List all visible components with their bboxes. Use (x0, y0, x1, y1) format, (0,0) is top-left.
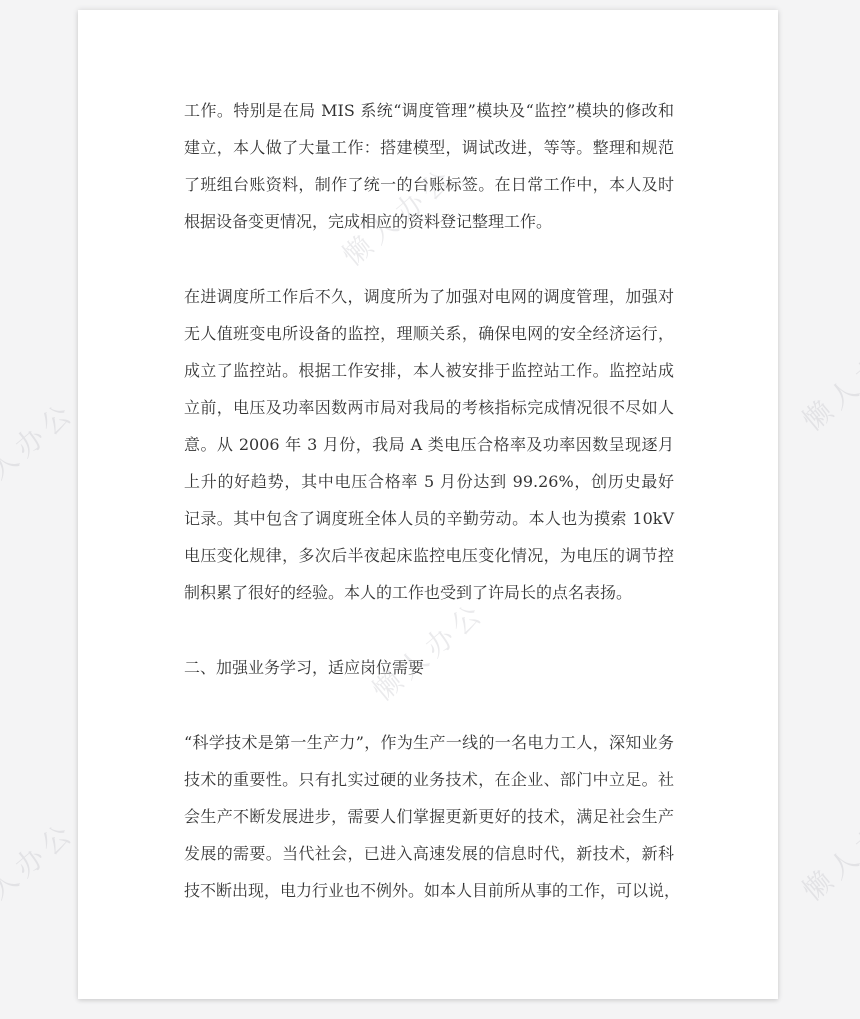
section-heading: 二、加强业务学习，适应岗位需要 (184, 649, 674, 686)
text-line: 电压变化规律，多次后半夜起床监控电压变化情况，为电压的调节控 (184, 537, 674, 574)
text-line: 发展的需要。当代社会，已进入高速发展的信息时代，新技术，新科 (184, 835, 674, 872)
watermark: 懒人办公 (793, 791, 860, 909)
text-line: 了班组台账资料，制作了统一的台账标签。在日常工作中，本人及时 (184, 166, 674, 203)
paragraph-2: 在进调度所工作后不久，调度所为了加强对电网的调度管理，加强对 无人值班变电所设备… (184, 278, 674, 611)
text-line: 工作。特别是在局 MIS 系统“调度管理”模块及“监控”模块的修改和 (184, 92, 674, 129)
text-line: 建立，本人做了大量工作：搭建模型，调试改进，等等。整理和规范 (184, 129, 674, 166)
paragraph-3: “科学技术是第一生产力”，作为生产一线的一名电力工人，深知业务 技术的重要性。只… (184, 724, 674, 909)
text-line: 技不断出现，电力行业也不例外。如本人目前所从事的工作，可以说， (184, 872, 674, 909)
text-line: 无人值班变电所设备的监控，理顺关系，确保电网的安全经济运行， (184, 315, 674, 352)
paragraph-1: 工作。特别是在局 MIS 系统“调度管理”模块及“监控”模块的修改和 建立，本人… (184, 92, 674, 240)
text-line: 立前，电压及功率因数两市局对我局的考核指标完成情况很不尽如人 (184, 389, 674, 426)
text-line: “科学技术是第一生产力”，作为生产一线的一名电力工人，深知业务 (184, 724, 674, 761)
text-line: 记录。其中包含了调度班全体人员的辛勤劳动。本人也为摸索 10kV (184, 500, 674, 537)
watermark: 懒人办公 (0, 391, 83, 509)
watermark: 懒人办公 (793, 321, 860, 439)
text-line: 在进调度所工作后不久，调度所为了加强对电网的调度管理，加强对 (184, 278, 674, 315)
document-body: 工作。特别是在局 MIS 系统“调度管理”模块及“监控”模块的修改和 建立，本人… (184, 92, 674, 947)
text-line: 制积累了很好的经验。本人的工作也受到了许局长的点名表扬。 (184, 574, 674, 611)
document-page: 工作。特别是在局 MIS 系统“调度管理”模块及“监控”模块的修改和 建立，本人… (78, 10, 778, 999)
text-line: 成立了监控站。根据工作安排，本人被安排于监控站工作。监控站成 (184, 352, 674, 389)
text-line: 意。从 2006 年 3 月份，我局 A 类电压合格率及功率因数呈现逐月 (184, 426, 674, 463)
text-line: 上升的好趋势，其中电压合格率 5 月份达到 99.26%，创历史最好 (184, 463, 674, 500)
text-line: 技术的重要性。只有扎实过硬的业务技术，在企业、部门中立足。社 (184, 761, 674, 798)
text-line: 会生产不断发展进步，需要人们掌握更新更好的技术，满足社会生产 (184, 798, 674, 835)
watermark: 懒人办公 (0, 811, 83, 929)
text-line: 根据设备变更情况，完成相应的资料登记整理工作。 (184, 203, 674, 240)
